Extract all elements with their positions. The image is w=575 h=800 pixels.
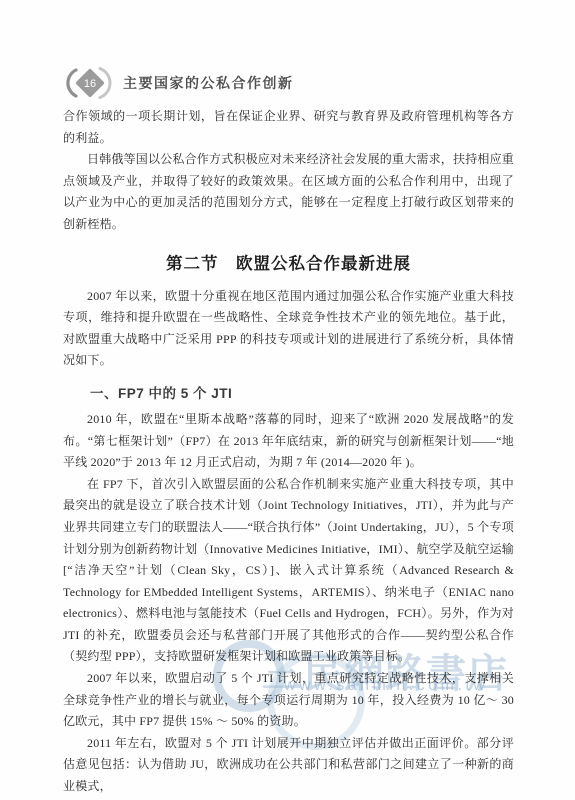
chapter-running-title: 主要国家的公私合作创新 <box>123 73 294 93</box>
paragraph: 日韩俄等国以公私合作方式积极应对未来经济社会发展的重大需求，扶持相应重点领域及产… <box>63 149 514 235</box>
subsection-heading: 一、FP7 中的 5 个 JTI <box>63 382 514 402</box>
paragraph: 在 FP7 下，首次引入欧盟层面的公私合作机制来实施产业重大科技专项，其中最突出… <box>63 474 514 668</box>
paragraph: 2010 年，欧盟在“里斯本战略”落幕的同时，迎来了“欧洲 2020 发展战略”… <box>63 409 514 474</box>
paragraph: 2007 年以来，欧盟启动了 5 个 JTI 计划，重点研究特定战略性技术，支撑… <box>63 668 514 733</box>
badge-left-arc-icon <box>68 70 76 96</box>
section-heading: 第二节 欧盟公私合作最新进展 <box>63 250 514 274</box>
paragraph: 2007 年以来，欧盟十分重视在地区范围内通过加强公私合作实施产业重大科技专项，… <box>63 286 514 372</box>
page-header: 16 主要国家的公私合作创新 <box>60 64 294 102</box>
page-content: 合作领域的一项长期计划，旨在保证企业界、研究与教育界及政府管理机构等各方的利益。… <box>63 106 514 798</box>
book-page: 三民網路書店 www.sanmin.com.tw 16 主要国家的公私合作创新 … <box>0 0 575 800</box>
paragraph-cut-off: 2011 年左右，欧盟对 5 个 JTI 计划展开中期独立评估并做出正面评价。部… <box>63 733 514 798</box>
page-number: 16 <box>84 78 96 90</box>
page-number-badge: 16 <box>60 64 114 102</box>
paragraph-continuation: 合作领域的一项长期计划，旨在保证企业界、研究与教育界及政府管理机构等各方的利益。 <box>63 106 514 149</box>
